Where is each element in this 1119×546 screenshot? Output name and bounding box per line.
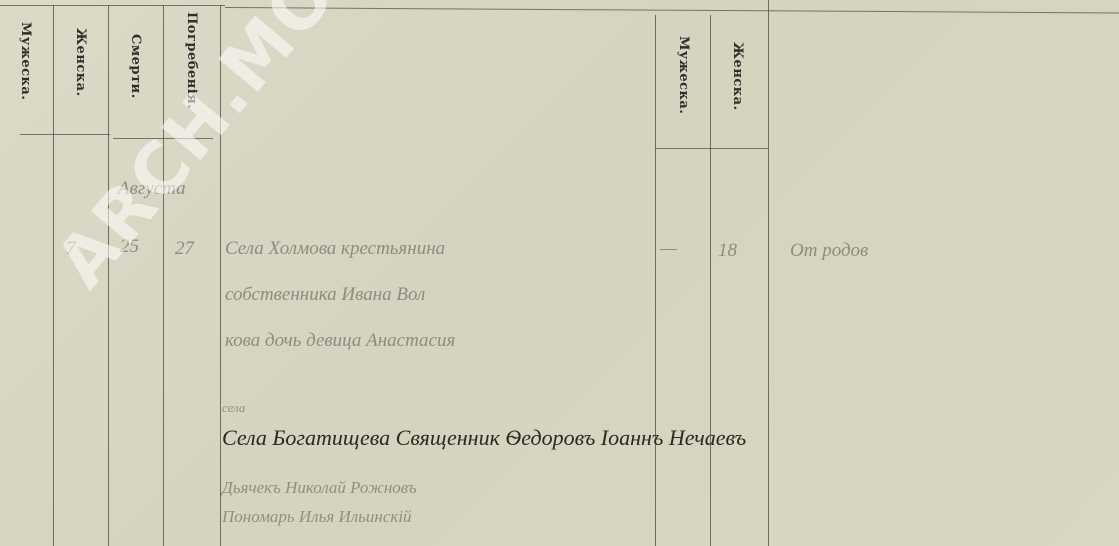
- header-rule: [113, 138, 213, 139]
- header-burial: Погребенія.: [184, 12, 199, 109]
- clerk-signature-2: Пономарь Илья Ильинскій: [222, 507, 412, 527]
- entry-text-line-3: кова дочь девица Анастасия: [225, 330, 455, 352]
- header-rule: [655, 148, 768, 149]
- entry-text-line-1: Села Холмова крестьянина: [225, 238, 445, 260]
- col-line: [220, 5, 221, 546]
- entry-age: 18: [718, 240, 737, 262]
- entry-dash: —: [660, 238, 677, 260]
- col-line: [163, 5, 164, 546]
- clerk-signature-1: Дьячекъ Николай Рожновъ: [222, 478, 417, 498]
- header-female: Женска.: [73, 28, 88, 97]
- col-line: [53, 5, 54, 546]
- priest-signature: Села Богатищева Священник Ѳедоровъ Іоанн…: [222, 425, 746, 451]
- entry-month: Августа: [118, 178, 186, 200]
- col-line: [710, 15, 711, 546]
- register-page: Мужеска. Женска. Смерти. Погребенія. Муж…: [0, 0, 1119, 546]
- header-male-right: Мужеска.: [676, 36, 691, 114]
- entry-number: 7: [66, 238, 76, 260]
- entry-text-line-2: собственника Ивана Вол: [225, 284, 425, 306]
- col-line: [768, 0, 769, 546]
- entry-cause: От родов: [790, 240, 868, 262]
- entry-burial-day: 27: [175, 238, 194, 260]
- entry-death-day: 25: [120, 236, 139, 258]
- header-rule: [20, 134, 110, 135]
- header-female-right: Женска.: [730, 42, 745, 111]
- top-rule-left: [0, 5, 225, 6]
- header-male: Мужеска.: [18, 22, 33, 100]
- top-rule-right: [225, 7, 1119, 13]
- col-line: [108, 5, 109, 546]
- col-line: [655, 15, 656, 546]
- header-death: Смерти.: [128, 34, 143, 99]
- entry-note-small: села: [222, 400, 245, 416]
